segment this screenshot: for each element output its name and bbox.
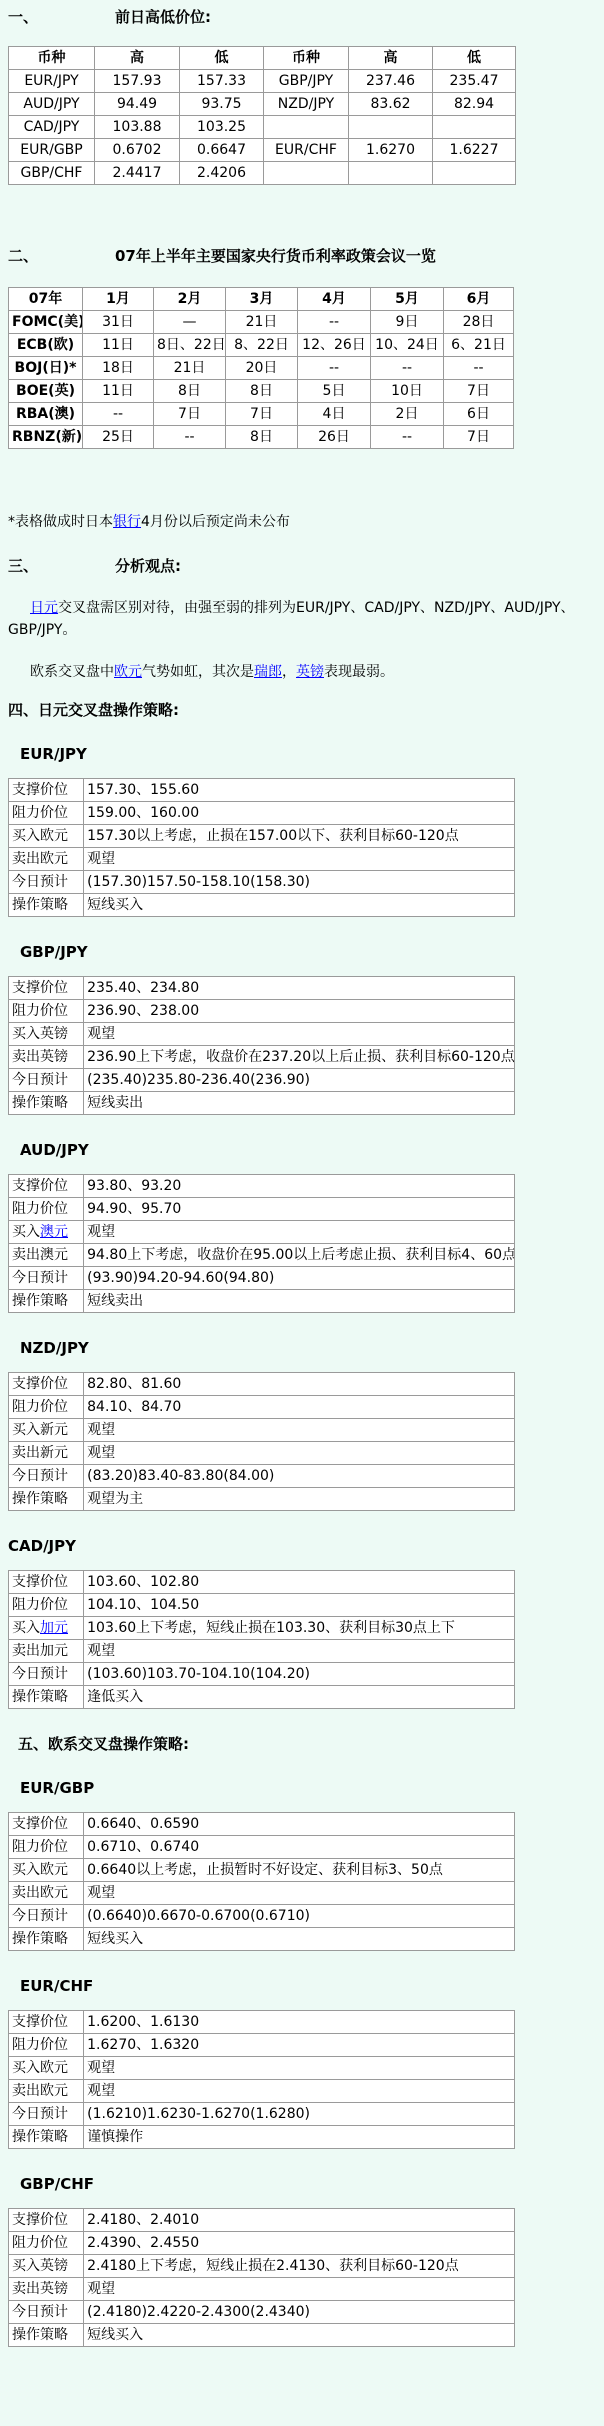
link-cad[interactable]: 加元 bbox=[40, 1620, 68, 1636]
strategy-row: 买入英镑观望 bbox=[9, 1023, 515, 1046]
section-3-heading: 三、分析观点: bbox=[8, 557, 604, 575]
text-run: 卖出加元 bbox=[12, 1643, 68, 1659]
row-header: BOE(英) bbox=[9, 380, 83, 403]
strategy-value: 94.90、95.70 bbox=[84, 1198, 515, 1221]
text-run: 今日预计 bbox=[12, 2304, 68, 2320]
strategy-value: 观望 bbox=[84, 1882, 515, 1905]
strategy-label: 支撑价位 bbox=[9, 2011, 84, 2034]
text-run: 操作策略 bbox=[12, 1293, 68, 1309]
strategy-row: 卖出欧元观望 bbox=[9, 2080, 515, 2103]
strategy-row: 支撑价位82.80、81.60 bbox=[9, 1373, 515, 1396]
strategy-label: 操作策略 bbox=[9, 2126, 84, 2149]
cell: 103.25 bbox=[180, 116, 264, 139]
text-run: 买入欧元 bbox=[12, 828, 68, 844]
strategy-label: 今日预计 bbox=[9, 1069, 84, 1092]
cell bbox=[349, 116, 433, 139]
strategy-row: 卖出欧元观望 bbox=[9, 1882, 515, 1905]
cell: 21日 bbox=[154, 357, 226, 380]
jpy-strategy-list: EUR/JPY支撑价位157.30、155.60阻力价位159.00、160.0… bbox=[8, 745, 604, 1709]
strategy-row: 支撑价位0.6640、0.6590 bbox=[9, 1813, 515, 1836]
text-run: 卖出欧元 bbox=[12, 2083, 68, 2099]
column-header: 低 bbox=[433, 47, 516, 70]
strategy-label: 阻力价位 bbox=[9, 1198, 84, 1221]
strategy-row: 操作策略谨慎操作 bbox=[9, 2126, 515, 2149]
cell: 235.47 bbox=[433, 70, 516, 93]
cell bbox=[264, 162, 349, 185]
link-aud[interactable]: 澳元 bbox=[40, 1224, 68, 1240]
cell: -- bbox=[298, 311, 371, 334]
strategy-label: 操作策略 bbox=[9, 2324, 84, 2347]
table-row: FOMC(美)31日—21日--9日28日 bbox=[9, 311, 514, 334]
strategy-value: 2.4180、2.4010 bbox=[84, 2209, 515, 2232]
strategy-label: 支撑价位 bbox=[9, 779, 84, 802]
cell: 93.75 bbox=[180, 93, 264, 116]
cell: 10、24日 bbox=[371, 334, 444, 357]
strategy-label: 卖出欧元 bbox=[9, 1882, 84, 1905]
strategy-row: 支撑价位93.80、93.20 bbox=[9, 1175, 515, 1198]
strategy-value: 观望 bbox=[84, 2080, 515, 2103]
table-row: EUR/GBP0.67020.6647EUR/CHF1.62701.6227 bbox=[9, 139, 516, 162]
strategy-row: 今日预计(235.40)235.80-236.40(236.90) bbox=[9, 1069, 515, 1092]
cell: -- bbox=[83, 403, 154, 426]
cell: 8日 bbox=[154, 380, 226, 403]
boj-footnote: *表格做成时日本银行4月份以后预定尚未公布 bbox=[8, 513, 604, 531]
cell: 8日、22日 bbox=[154, 334, 226, 357]
column-header: 低 bbox=[180, 47, 264, 70]
pair-heading-gbp-jpy: GBP/JPY bbox=[20, 943, 604, 961]
cell: -- bbox=[444, 357, 514, 380]
header-row: 币种高低币种高低 bbox=[9, 47, 516, 70]
analysis-paragraph-eur: 欧系交叉盘中欧元气势如虹，其次是瑞郎，英镑表现最弱。 bbox=[8, 661, 588, 683]
cell: -- bbox=[298, 357, 371, 380]
column-header: 高 bbox=[349, 47, 433, 70]
strategy-row: 今日预计(93.90)94.20-94.60(94.80) bbox=[9, 1267, 515, 1290]
strategy-value: 103.60、102.80 bbox=[84, 1571, 515, 1594]
cell: 11日 bbox=[83, 334, 154, 357]
strategy-row: 买入加元103.60上下考虑，短线止损在103.30、获利目标30点上下 bbox=[9, 1617, 515, 1640]
cell: NZD/JPY bbox=[264, 93, 349, 116]
text-run: 阻力价位 bbox=[12, 2235, 68, 2251]
cell: 8日 bbox=[226, 426, 298, 449]
strategy-row: 阻力价位84.10、84.70 bbox=[9, 1396, 515, 1419]
cell: -- bbox=[371, 426, 444, 449]
text-run: 阻力价位 bbox=[12, 1597, 68, 1613]
text-run: 操作策略 bbox=[12, 1931, 68, 1947]
column-header: 6月 bbox=[444, 288, 514, 311]
strategy-label: 支撑价位 bbox=[9, 2209, 84, 2232]
link-chf[interactable]: 瑞郎 bbox=[254, 664, 282, 680]
strategy-label: 支撑价位 bbox=[9, 1175, 84, 1198]
strategy-row: 今日预计(157.30)157.50-158.10(158.30) bbox=[9, 871, 515, 894]
text-run: 今日预计 bbox=[12, 1072, 68, 1088]
section-4-number: 四、 bbox=[8, 701, 38, 719]
pair-heading-nzd-jpy: NZD/JPY bbox=[20, 1339, 604, 1357]
text-run: 阻力价位 bbox=[12, 1399, 68, 1415]
strategy-row: 买入澳元观望 bbox=[9, 1221, 515, 1244]
text-run: 卖出欧元 bbox=[12, 1885, 68, 1901]
strategy-value: 82.80、81.60 bbox=[84, 1373, 515, 1396]
strategy-row: 阻力价位236.90、238.00 bbox=[9, 1000, 515, 1023]
text-run: 买入英镑 bbox=[12, 2258, 68, 2274]
text-run: 阻力价位 bbox=[12, 1201, 68, 1217]
strategy-value: (2.4180)2.4220-2.4300(2.4340) bbox=[84, 2301, 515, 2324]
strategy-value: (0.6640)0.6670-0.6700(0.6710) bbox=[84, 1905, 515, 1928]
cell: 103.88 bbox=[95, 116, 180, 139]
strategy-row: 操作策略逢低买入 bbox=[9, 1686, 515, 1709]
link-gbp[interactable]: 英镑 bbox=[296, 664, 324, 680]
strategy-value: 观望 bbox=[84, 1419, 515, 1442]
section-4-title-text: 日元交叉盘操作策略: bbox=[38, 701, 179, 719]
strategy-table-cad-jpy: 支撑价位103.60、102.80阻力价位104.10、104.50买入加元10… bbox=[8, 1570, 515, 1709]
strategy-value: 2.4180上下考虑，短线止损在2.4130、获利目标60-120点 bbox=[84, 2255, 515, 2278]
strategy-table-eur-gbp: 支撑价位0.6640、0.6590阻力价位0.6710、0.6740买入欧元0.… bbox=[8, 1812, 515, 1951]
text-run: 操作策略 bbox=[12, 897, 68, 913]
text-run: 买入欧元 bbox=[12, 2060, 68, 2076]
strategy-label: 买入英镑 bbox=[9, 2255, 84, 2278]
strategy-row: 买入欧元157.30以上考虑，止损在157.00以下、获利目标60-120点 bbox=[9, 825, 515, 848]
section-2-heading: 二、07年上半年主要国家央行货币利率政策会议一览 bbox=[8, 247, 604, 265]
cell: 4日 bbox=[298, 403, 371, 426]
strategy-row: 今日预计(1.6210)1.6230-1.6270(1.6280) bbox=[9, 2103, 515, 2126]
strategy-label: 买入欧元 bbox=[9, 825, 84, 848]
text-run: 今日预计 bbox=[12, 1666, 68, 1682]
strategy-value: 157.30以上考虑，止损在157.00以下、获利目标60-120点 bbox=[84, 825, 515, 848]
strategy-value: 157.30、155.60 bbox=[84, 779, 515, 802]
cell: 7日 bbox=[226, 403, 298, 426]
text-run: 买入新元 bbox=[12, 1422, 68, 1438]
column-header: 高 bbox=[95, 47, 180, 70]
cell: 28日 bbox=[444, 311, 514, 334]
strategy-label: 操作策略 bbox=[9, 1928, 84, 1951]
cell: 8、22日 bbox=[226, 334, 298, 357]
cell: 9日 bbox=[371, 311, 444, 334]
text-run: 支撑价位 bbox=[12, 1376, 68, 1392]
strategy-value: 94.80上下考虑，收盘价在95.00以上后考虑止损、获利目标4、60点 bbox=[84, 1244, 515, 1267]
table-row: RBA(澳)--7日7日4日2日6日 bbox=[9, 403, 514, 426]
section-2-title-text: 07年上半年主要国家央行货币利率政策会议一览 bbox=[115, 247, 436, 265]
strategy-value: 104.10、104.50 bbox=[84, 1594, 515, 1617]
section-1-title-text: 前日高低价位: bbox=[115, 8, 211, 26]
link-bank[interactable]: 银行 bbox=[113, 514, 141, 530]
strategy-value: 谨慎操作 bbox=[84, 2126, 515, 2149]
cell: -- bbox=[154, 426, 226, 449]
strategy-row: 支撑价位1.6200、1.6130 bbox=[9, 2011, 515, 2034]
text-run: 表现最弱。 bbox=[324, 664, 394, 680]
strategy-value: 观望 bbox=[84, 848, 515, 871]
strategy-row: 买入欧元观望 bbox=[9, 2057, 515, 2080]
strategy-row: 阻力价位1.6270、1.6320 bbox=[9, 2034, 515, 2057]
strategy-value: 2.4390、2.4550 bbox=[84, 2232, 515, 2255]
cell: 157.33 bbox=[180, 70, 264, 93]
text-run: 操作策略 bbox=[12, 2327, 68, 2343]
strategy-row: 阻力价位94.90、95.70 bbox=[9, 1198, 515, 1221]
cell bbox=[264, 116, 349, 139]
column-header: 5月 bbox=[371, 288, 444, 311]
strategy-row: 卖出新元观望 bbox=[9, 1442, 515, 1465]
strategy-value: 逢低买入 bbox=[84, 1686, 515, 1709]
strategy-value: 159.00、160.00 bbox=[84, 802, 515, 825]
cell: 31日 bbox=[83, 311, 154, 334]
cell: 1.6227 bbox=[433, 139, 516, 162]
text-run: 4月份以后预定尚未公布 bbox=[141, 514, 290, 530]
strategy-value: 短线买入 bbox=[84, 894, 515, 917]
text-run: 阻力价位 bbox=[12, 1003, 68, 1019]
strategy-row: 操作策略短线买入 bbox=[9, 894, 515, 917]
section-2-number: 二、 bbox=[8, 247, 115, 265]
strategy-row: 阻力价位2.4390、2.4550 bbox=[9, 2232, 515, 2255]
column-header: 币种 bbox=[264, 47, 349, 70]
strategy-label: 卖出欧元 bbox=[9, 2080, 84, 2103]
text-run: 今日预计 bbox=[12, 2106, 68, 2122]
text-run: 卖出新元 bbox=[12, 1445, 68, 1461]
strategy-label: 操作策略 bbox=[9, 1686, 84, 1709]
strategy-row: 操作策略观望为主 bbox=[9, 1488, 515, 1511]
cell: -- bbox=[371, 357, 444, 380]
cell: 157.93 bbox=[95, 70, 180, 93]
strategy-row: 支撑价位2.4180、2.4010 bbox=[9, 2209, 515, 2232]
strategy-row: 卖出欧元观望 bbox=[9, 848, 515, 871]
strategy-value: (83.20)83.40-83.80(84.00) bbox=[84, 1465, 515, 1488]
strategy-value: 短线买入 bbox=[84, 2324, 515, 2347]
strategy-value: 84.10、84.70 bbox=[84, 1396, 515, 1419]
cell: 83.62 bbox=[349, 93, 433, 116]
text-run: 操作策略 bbox=[12, 1491, 68, 1507]
strategy-label: 买入英镑 bbox=[9, 1023, 84, 1046]
strategy-label: 今日预计 bbox=[9, 1905, 84, 1928]
strategy-row: 支撑价位103.60、102.80 bbox=[9, 1571, 515, 1594]
cell: 237.46 bbox=[349, 70, 433, 93]
cell: 1.6270 bbox=[349, 139, 433, 162]
cell: 7日 bbox=[154, 403, 226, 426]
cell: 0.6647 bbox=[180, 139, 264, 162]
table-row: CAD/JPY103.88103.25 bbox=[9, 116, 516, 139]
strategy-value: 短线买入 bbox=[84, 1928, 515, 1951]
strategy-label: 阻力价位 bbox=[9, 2232, 84, 2255]
strategy-value: 236.90上下考虑，收盘价在237.20以上后止损、获利目标60-120点 bbox=[84, 1046, 515, 1069]
text-run: 今日预计 bbox=[12, 1468, 68, 1484]
text-run: 卖出澳元 bbox=[12, 1247, 68, 1263]
strategy-row: 支撑价位235.40、234.80 bbox=[9, 977, 515, 1000]
strategy-value: 0.6710、0.6740 bbox=[84, 1836, 515, 1859]
strategy-row: 今日预计(103.60)103.70-104.10(104.20) bbox=[9, 1663, 515, 1686]
strategy-value: 1.6270、1.6320 bbox=[84, 2034, 515, 2057]
cell bbox=[433, 116, 516, 139]
cell bbox=[433, 162, 516, 185]
strategy-table-nzd-jpy: 支撑价位82.80、81.60阻力价位84.10、84.70买入新元观望卖出新元… bbox=[8, 1372, 515, 1511]
cell: 6日 bbox=[444, 403, 514, 426]
strategy-label: 买入澳元 bbox=[9, 1221, 84, 1244]
pair-heading-gbp-chf: GBP/CHF bbox=[20, 2175, 604, 2193]
strategy-table-gbp-chf: 支撑价位2.4180、2.4010阻力价位2.4390、2.4550买入英镑2.… bbox=[8, 2208, 515, 2347]
strategy-row: 卖出加元观望 bbox=[9, 1640, 515, 1663]
link-jpy[interactable]: 日元 bbox=[30, 600, 58, 616]
cell: CAD/JPY bbox=[9, 116, 95, 139]
cell: 2日 bbox=[371, 403, 444, 426]
cell: 2.4206 bbox=[180, 162, 264, 185]
strategy-value: 观望 bbox=[84, 1221, 515, 1244]
strategy-label: 今日预计 bbox=[9, 2301, 84, 2324]
section-3-title-text: 分析观点: bbox=[115, 557, 181, 575]
strategy-value: 1.6200、1.6130 bbox=[84, 2011, 515, 2034]
cell: 20日 bbox=[226, 357, 298, 380]
pair-heading-eur-gbp: EUR/GBP bbox=[20, 1779, 604, 1797]
cell: 26日 bbox=[298, 426, 371, 449]
text-run: 操作策略 bbox=[12, 1689, 68, 1705]
strategy-row: 阻力价位104.10、104.50 bbox=[9, 1594, 515, 1617]
strategy-label: 买入加元 bbox=[9, 1617, 84, 1640]
table-row: RBNZ(新)25日--8日26日--7日 bbox=[9, 426, 514, 449]
strategy-label: 阻力价位 bbox=[9, 1000, 84, 1023]
text-run: 操作策略 bbox=[12, 2129, 68, 2145]
strategy-row: 今日预计(2.4180)2.4220-2.4300(2.4340) bbox=[9, 2301, 515, 2324]
cell: EUR/GBP bbox=[9, 139, 95, 162]
text-run: 支撑价位 bbox=[12, 782, 68, 798]
column-header: 2月 bbox=[154, 288, 226, 311]
strategy-row: 买入英镑2.4180上下考虑，短线止损在2.4130、获利目标60-120点 bbox=[9, 2255, 515, 2278]
cell: 25日 bbox=[83, 426, 154, 449]
text-run: 气势如虹，其次是 bbox=[142, 664, 254, 680]
strategy-value: 观望 bbox=[84, 1640, 515, 1663]
text-run: 卖出欧元 bbox=[12, 851, 68, 867]
table-row: GBP/CHF2.44172.4206 bbox=[9, 162, 516, 185]
cell: 94.49 bbox=[95, 93, 180, 116]
text-run: 操作策略 bbox=[12, 1095, 68, 1111]
column-header: 1月 bbox=[83, 288, 154, 311]
cell bbox=[349, 162, 433, 185]
cell: 7日 bbox=[444, 380, 514, 403]
link-eur[interactable]: 欧元 bbox=[114, 664, 142, 680]
strategy-value: (93.90)94.20-94.60(94.80) bbox=[84, 1267, 515, 1290]
text-run: 支撑价位 bbox=[12, 980, 68, 996]
strategy-row: 买入欧元0.6640以上考虑，止损暂时不好设定、获利目标3、50点 bbox=[9, 1859, 515, 1882]
text-run: 支撑价位 bbox=[12, 1574, 68, 1590]
strategy-value: 短线卖出 bbox=[84, 1290, 515, 1313]
strategy-value: 观望 bbox=[84, 2278, 515, 2301]
strategy-row: 卖出英镑观望 bbox=[9, 2278, 515, 2301]
header-row: 07年1月2月3月4月5月6月 bbox=[9, 288, 514, 311]
strategy-label: 买入新元 bbox=[9, 1419, 84, 1442]
strategy-value: 103.60上下考虑，短线止损在103.30、获利目标30点上下 bbox=[84, 1617, 515, 1640]
section-1-number: 一、 bbox=[8, 8, 115, 26]
strategy-value: 0.6640以上考虑，止损暂时不好设定、获利目标3、50点 bbox=[84, 1859, 515, 1882]
strategy-label: 卖出新元 bbox=[9, 1442, 84, 1465]
cell: 11日 bbox=[83, 380, 154, 403]
strategy-row: 阻力价位159.00、160.00 bbox=[9, 802, 515, 825]
strategy-row: 操作策略短线买入 bbox=[9, 2324, 515, 2347]
text-run: 买入 bbox=[12, 1620, 40, 1636]
text-run: *表格做成时日本 bbox=[8, 514, 113, 530]
section-5-number: 五、 bbox=[18, 1735, 48, 1753]
strategy-value: 236.90、238.00 bbox=[84, 1000, 515, 1023]
cell: GBP/CHF bbox=[9, 162, 95, 185]
strategy-label: 买入欧元 bbox=[9, 2057, 84, 2080]
text-run: 今日预计 bbox=[12, 874, 68, 890]
strategy-value: 235.40、234.80 bbox=[84, 977, 515, 1000]
report-body: 一、前日高低价位: 币种高低币种高低EUR/JPY157.93157.33GBP… bbox=[0, 0, 604, 2353]
text-run: 支撑价位 bbox=[12, 2014, 68, 2030]
row-header: RBNZ(新) bbox=[9, 426, 83, 449]
text-run: 阻力价位 bbox=[12, 1839, 68, 1855]
pair-heading-cad-jpy: CAD/JPY bbox=[8, 1537, 604, 1555]
text-run: 买入欧元 bbox=[12, 1862, 68, 1878]
strategy-row: 买入新元观望 bbox=[9, 1419, 515, 1442]
strategy-label: 卖出澳元 bbox=[9, 1244, 84, 1267]
cell: 8日 bbox=[226, 380, 298, 403]
strategy-label: 卖出欧元 bbox=[9, 848, 84, 871]
strategy-label: 操作策略 bbox=[9, 894, 84, 917]
strategy-label: 阻力价位 bbox=[9, 1836, 84, 1859]
text-run: 卖出英镑 bbox=[12, 2281, 68, 2297]
pair-heading-eur-jpy: EUR/JPY bbox=[20, 745, 604, 763]
strategy-label: 支撑价位 bbox=[9, 1571, 84, 1594]
cell: EUR/CHF bbox=[264, 139, 349, 162]
table-row: AUD/JPY94.4993.75NZD/JPY83.6282.94 bbox=[9, 93, 516, 116]
cell: 0.6702 bbox=[95, 139, 180, 162]
text-run: 卖出英镑 bbox=[12, 1049, 68, 1065]
pair-heading-eur-chf: EUR/CHF bbox=[20, 1977, 604, 1995]
table-row: ECB(欧)11日8日、22日8、22日12、26日10、24日6、21日 bbox=[9, 334, 514, 357]
strategy-value: 93.80、93.20 bbox=[84, 1175, 515, 1198]
text-run: 阻力价位 bbox=[12, 805, 68, 821]
strategy-table-eur-jpy: 支撑价位157.30、155.60阻力价位159.00、160.00买入欧元15… bbox=[8, 778, 515, 917]
text-run: 支撑价位 bbox=[12, 1816, 68, 1832]
strategy-label: 操作策略 bbox=[9, 1092, 84, 1115]
row-header: FOMC(美) bbox=[9, 311, 83, 334]
strategy-table-eur-chf: 支撑价位1.6200、1.6130阻力价位1.6270、1.6320买入欧元观望… bbox=[8, 2010, 515, 2149]
strategy-label: 支撑价位 bbox=[9, 1373, 84, 1396]
cell: 5日 bbox=[298, 380, 371, 403]
strategy-value: (103.60)103.70-104.10(104.20) bbox=[84, 1663, 515, 1686]
table-row: BOE(英)11日8日8日5日10日7日 bbox=[9, 380, 514, 403]
strategy-label: 今日预计 bbox=[9, 1465, 84, 1488]
strategy-value: 观望 bbox=[84, 2057, 515, 2080]
strategy-label: 阻力价位 bbox=[9, 2034, 84, 2057]
strategy-row: 操作策略短线卖出 bbox=[9, 1092, 515, 1115]
cell: AUD/JPY bbox=[9, 93, 95, 116]
strategy-label: 卖出加元 bbox=[9, 1640, 84, 1663]
cb-meetings-table: 07年1月2月3月4月5月6月FOMC(美)31日—21日--9日28日ECB(… bbox=[8, 287, 514, 449]
column-header: 07年 bbox=[9, 288, 83, 311]
cell: EUR/JPY bbox=[9, 70, 95, 93]
strategy-row: 阻力价位0.6710、0.6740 bbox=[9, 1836, 515, 1859]
text-run: 买入 bbox=[12, 1224, 40, 1240]
strategy-label: 卖出英镑 bbox=[9, 2278, 84, 2301]
cell: GBP/JPY bbox=[264, 70, 349, 93]
text-run: 交叉盘需区别对待，由强至弱的排列为EUR/JPY、CAD/JPY、NZD/JPY… bbox=[8, 600, 575, 638]
cell: 2.4417 bbox=[95, 162, 180, 185]
strategy-label: 今日预计 bbox=[9, 1663, 84, 1686]
row-header: BOJ(日)* bbox=[9, 357, 83, 380]
strategy-row: 今日预计(83.20)83.40-83.80(84.00) bbox=[9, 1465, 515, 1488]
text-run: 今日预计 bbox=[12, 1908, 68, 1924]
strategy-label: 操作策略 bbox=[9, 1488, 84, 1511]
strategy-label: 今日预计 bbox=[9, 2103, 84, 2126]
strategy-label: 阻力价位 bbox=[9, 1396, 84, 1419]
row-header: ECB(欧) bbox=[9, 334, 83, 357]
text-run: ， bbox=[282, 664, 296, 680]
text-run: 阻力价位 bbox=[12, 2037, 68, 2053]
cell: 7日 bbox=[444, 426, 514, 449]
strategy-row: 操作策略短线买入 bbox=[9, 1928, 515, 1951]
strategy-label: 支撑价位 bbox=[9, 1813, 84, 1836]
column-header: 4月 bbox=[298, 288, 371, 311]
strategy-table-aud-jpy: 支撑价位93.80、93.20阻力价位94.90、95.70买入澳元观望卖出澳元… bbox=[8, 1174, 515, 1313]
column-header: 3月 bbox=[226, 288, 298, 311]
text-run: 支撑价位 bbox=[12, 1178, 68, 1194]
strategy-value: 短线卖出 bbox=[84, 1092, 515, 1115]
section-3-number: 三、 bbox=[8, 557, 115, 575]
cell: 21日 bbox=[226, 311, 298, 334]
